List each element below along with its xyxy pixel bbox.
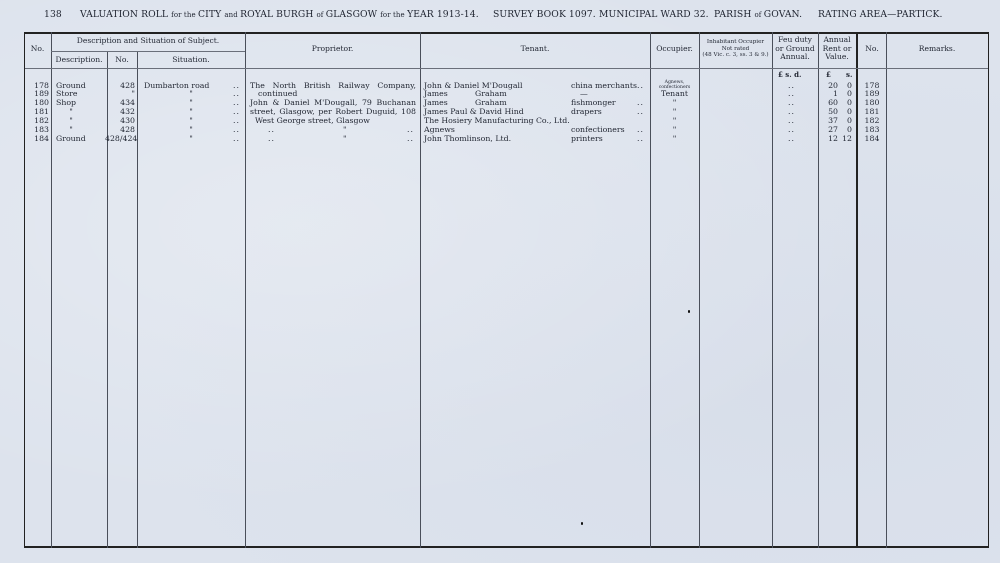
proprietor-line: John & Daniel M'Dougall, 79 Buchanan [250,98,416,107]
feu-currency-header: £ s. d. [778,70,801,79]
survey-book: SURVEY BOOK 1097. [493,9,596,20]
header-line: Inhabitant Occupier [699,39,772,46]
header-line: (48 Vic. c. 3, ss. 3 & 9.) [699,52,772,59]
row-trade-dots: .. [637,107,644,116]
title-part: CITY [198,9,224,20]
row-description: " [51,107,91,116]
row-tenant: James Graham [424,98,507,107]
title-part: YEAR 1913-14. [407,9,479,20]
row-description: Store [56,89,78,98]
scan-speck [688,310,690,313]
column-rule [699,32,700,548]
title-part: for the [171,11,198,19]
row-description: " [51,116,91,125]
page-number: 138 [44,9,62,20]
header-feu-duty: Feu duty or Ground Annual. [772,36,818,62]
row-rent-pounds: 1 [818,89,838,98]
header-annual-rent: Annual Rent or Value. [818,36,856,62]
row-situation: " [137,89,245,98]
row-situation-dots: .. [233,89,240,98]
header-occupier: Occupier. [650,45,699,54]
roll-title: VALUATION ROLL for the CITY and ROYAL BU… [80,9,479,20]
row-situation: " [137,134,245,143]
scan-speck [581,522,583,525]
row-feu: .. [788,89,795,98]
row-sub-no: 428/424 [105,134,135,143]
row-no: 189 [24,89,49,98]
row-sub-no: 434 [107,98,135,107]
parish-part: PARISH [714,9,754,20]
header-no-right: No. [858,45,886,54]
row-situation: " [137,107,245,116]
row-feu: .. [788,107,795,116]
row-occupier: " [650,98,699,107]
row-tenant: Agnews [424,125,455,134]
proprietor-line: street, Glasgow, per Robert Duguid, 108 [250,107,416,116]
row-no-right: 181 [858,107,886,116]
row-description: " [51,125,91,134]
row-sub-no: 432 [107,107,135,116]
header-proprietor: Proprietor. [245,45,420,54]
municipal-ward: MUNICIPAL WARD 32. [599,9,709,20]
title-part: VALUATION ROLL [80,9,171,20]
row-rent-pounds: 12 [818,134,838,143]
row-rent-shillings: 0 [838,98,852,107]
row-situation: " [137,98,245,107]
row-no: 181 [24,107,49,116]
header-bottom-rule [25,68,988,69]
row-no-right: 184 [858,134,886,143]
row-trade-dots: .. [637,125,644,134]
parish-part: GOVAN. [764,9,802,20]
row-feu: .. [788,98,795,107]
row-tenant: James Paul & David Hind [424,107,524,116]
header-sub-no: No. [107,56,137,65]
row-trade-dots: .. [637,81,644,90]
row-trade-dots: .. [637,134,644,143]
row-trade: — [580,89,588,98]
row-situation-dots: .. [233,98,240,107]
row-sub-no: 430 [107,116,135,125]
group-header-rule [51,51,245,52]
parish: PARISH of GOVAN. [714,9,802,20]
row-feu: .. [788,125,795,134]
header-no: No. [24,45,51,54]
row-rent-shillings: 0 [838,89,852,98]
proprietor-ditto-left: .. [268,134,275,143]
header-line: Value. [818,53,856,62]
row-rent-shillings: 12 [838,134,852,143]
row-tenant: James Graham [424,89,507,98]
header-description: Description. [51,56,107,65]
header-description-situation-group: Description and Situation of Subject. [51,37,245,46]
row-tenant: The Hosiery Manufacturing Co., Ltd. [424,116,570,125]
header-tenant: Tenant. [420,45,650,54]
row-rent-pounds: 27 [818,125,838,134]
row-trade: printers [571,134,603,143]
row-no: 184 [24,134,49,143]
row-no-right: 189 [858,89,886,98]
row-situation-dots: .. [233,125,240,134]
row-no-right: 180 [858,98,886,107]
row-sub-no: 428 [107,125,135,134]
row-description: Shop [56,98,76,107]
header-inhabitant-occupier: Inhabitant Occupier Not rated (48 Vic. c… [699,39,772,59]
proprietor-ditto-left: .. [268,125,275,134]
row-sub-no: " [107,89,135,98]
row-trade: fishmonger [571,98,616,107]
row-tenant: John Thomlinson, Ltd. [424,134,511,143]
header-remarks: Remarks. [886,45,988,54]
row-rent-pounds: 50 [818,107,838,116]
row-occupier: " [650,116,699,125]
row-no: 183 [24,125,49,134]
row-rent-pounds: 60 [818,98,838,107]
row-situation-dots: .. [233,134,240,143]
column-rule [245,32,246,548]
header-situation: Situation. [137,56,245,65]
parish-part: of [754,11,763,19]
title-part: and [224,11,240,19]
row-feu: .. [788,134,795,143]
proprietor-line: continued [258,89,297,98]
proprietor-ditto-right: .. [407,134,414,143]
proprietor-ditto-right: .. [407,125,414,134]
proprietor-ditto-mid: " [343,134,347,143]
row-occupier: " [650,125,699,134]
row-situation-dots: .. [233,107,240,116]
title-part: GLASGOW [326,9,380,20]
row-trade: confectioners [571,125,625,134]
row-feu: .. [788,116,795,125]
proprietor-ditto-mid: " [343,125,347,134]
row-trade-dots: .. [637,98,644,107]
row-occupier: " [650,134,699,143]
row-no-right: 182 [858,116,886,125]
column-rule [420,32,421,548]
rating-area: RATING AREA—PARTICK. [818,9,943,20]
row-rent-shillings: 0 [838,125,852,134]
row-rent-shillings: 0 [838,107,852,116]
row-description: Ground [56,134,86,143]
row-situation: " [137,116,245,125]
title-part: ROYAL BURGH [240,9,316,20]
column-rule [772,32,773,548]
title-part: of [316,11,325,19]
row-no: 182 [24,116,49,125]
row-occupier: Tenant [650,89,699,98]
proprietor-line: West George street, Glasgow [255,116,370,125]
title-part: for the [380,11,407,19]
rent-shillings-header: s. [846,70,852,79]
row-rent-pounds: 37 [818,116,838,125]
row-rent-shillings: 0 [838,116,852,125]
row-situation: " [137,125,245,134]
row-no-right: 183 [858,125,886,134]
column-rule [886,32,887,548]
rent-pounds-header: £ [826,70,831,79]
row-situation-dots: .. [233,116,240,125]
row-trade: drapers [571,107,602,116]
row-no: 180 [24,98,49,107]
header-line: Annual. [772,53,818,62]
row-occupier: " [650,107,699,116]
